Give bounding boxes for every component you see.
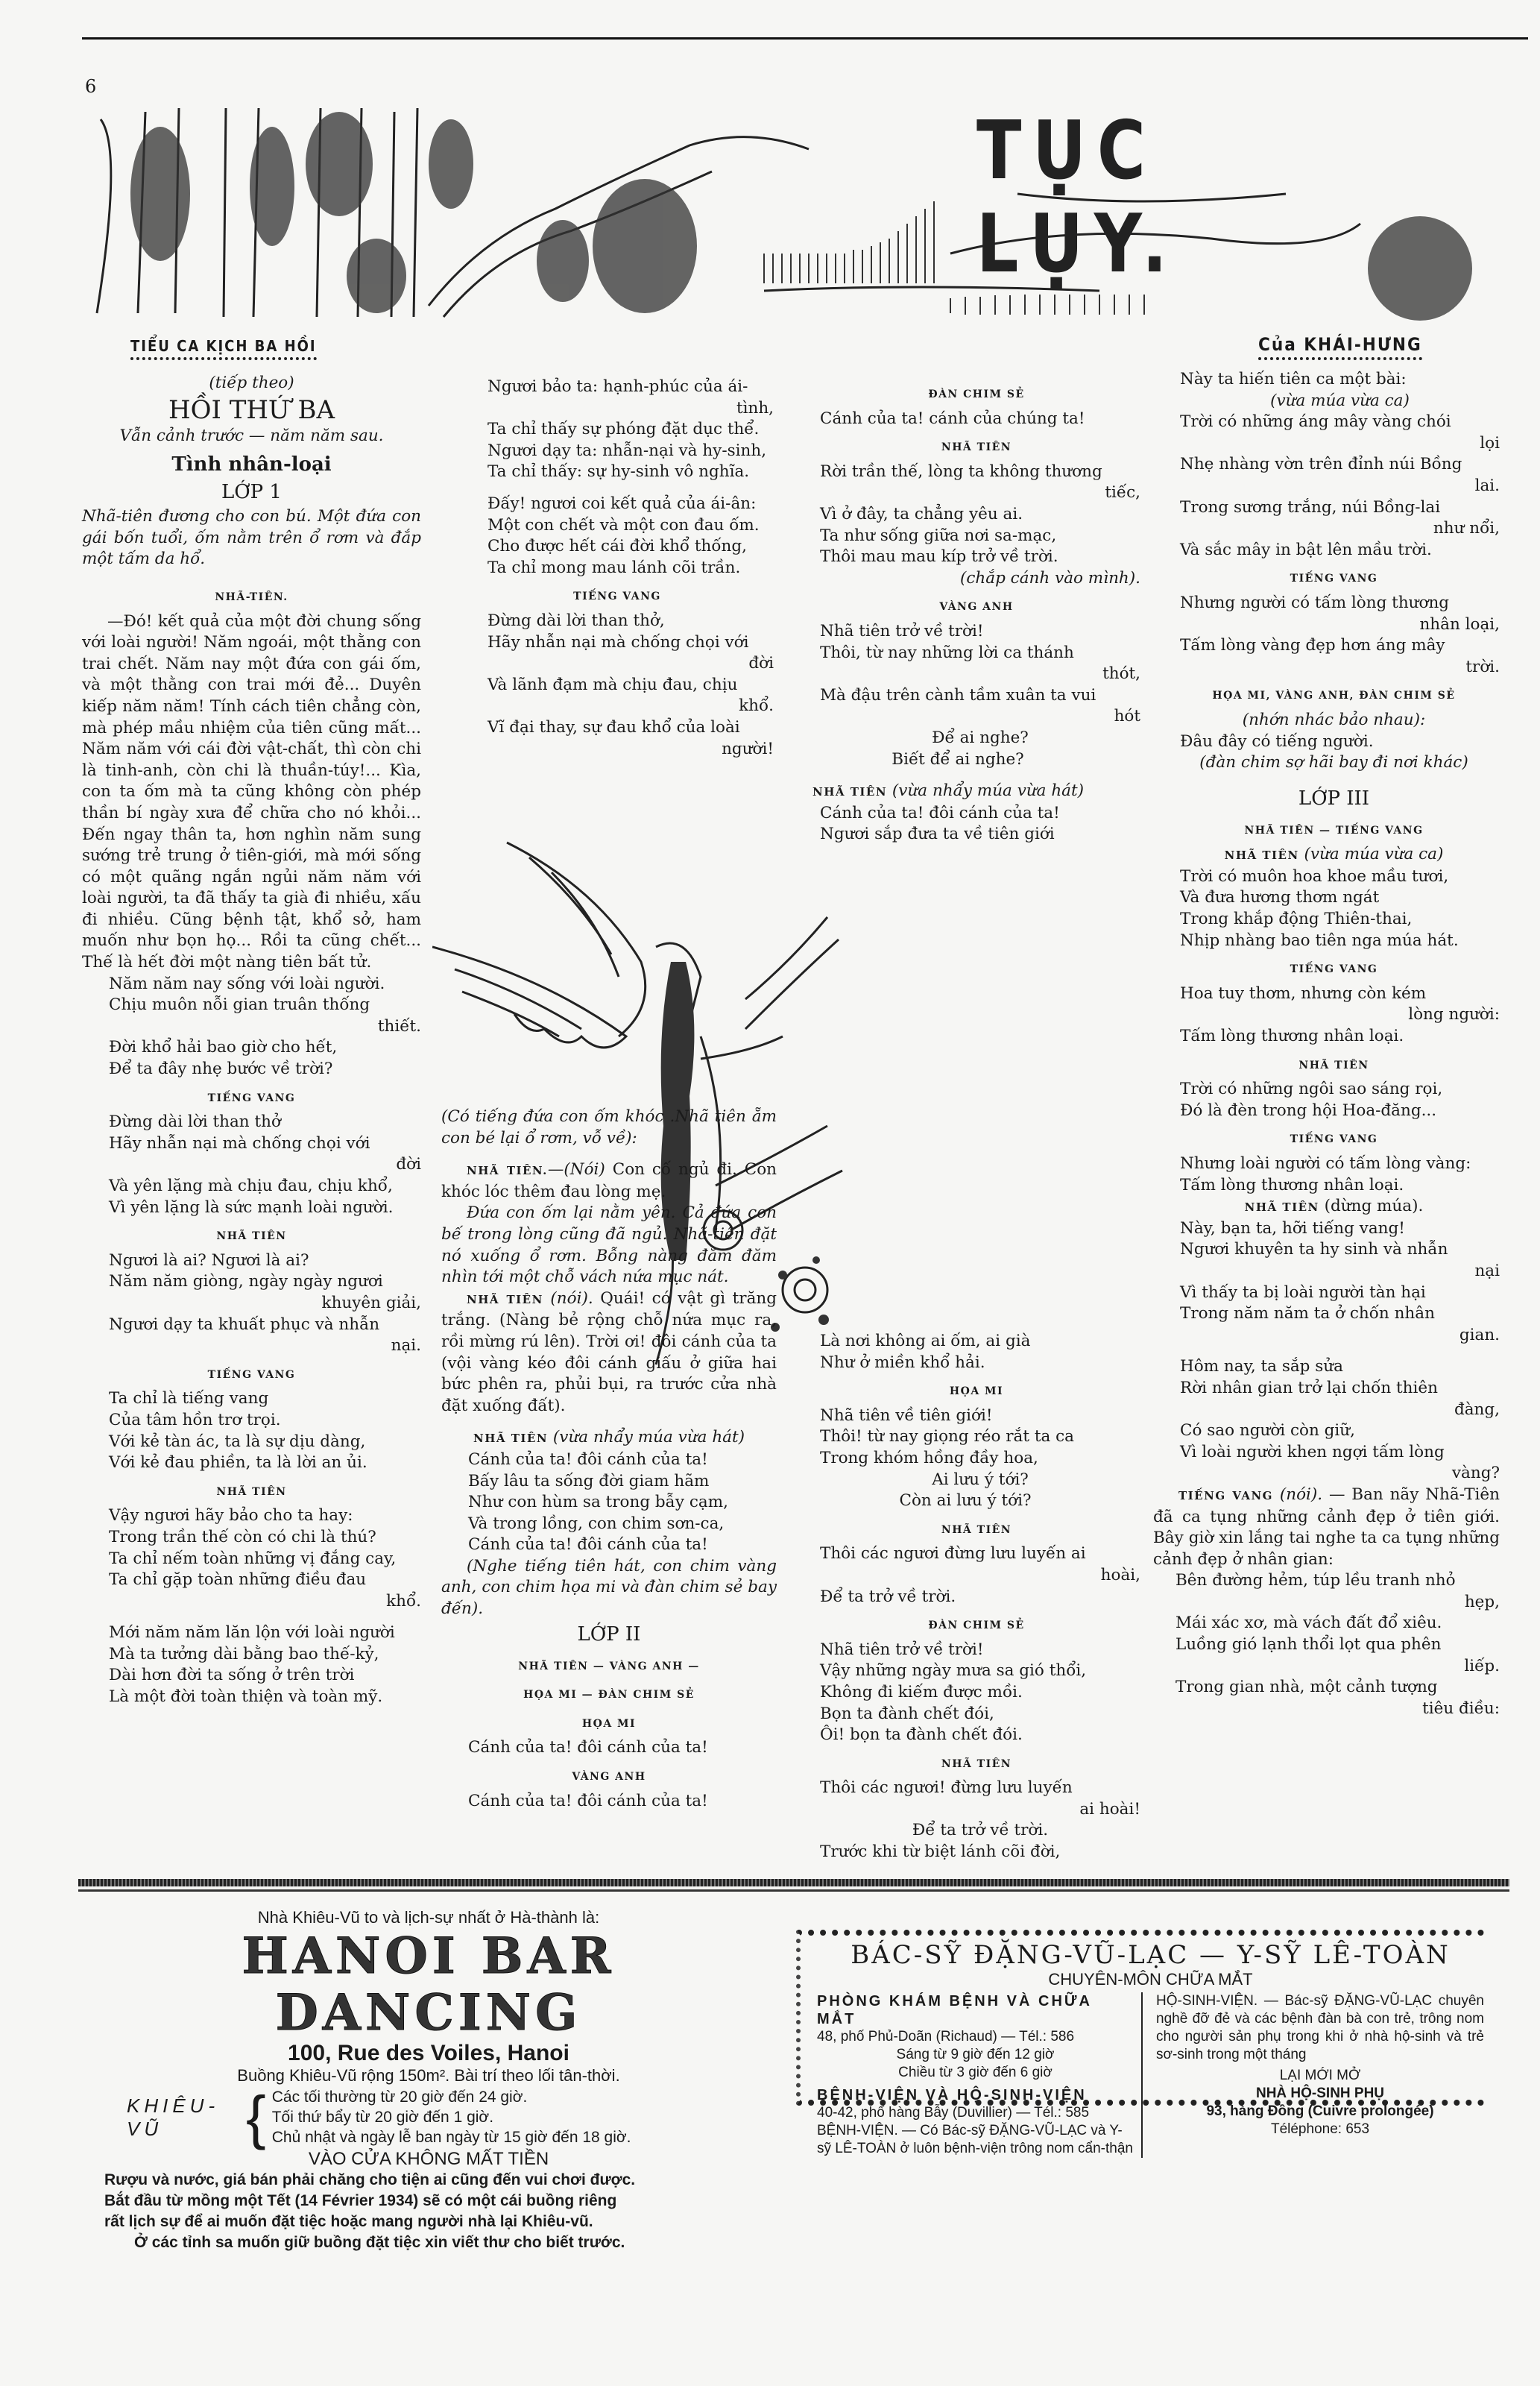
stage-direction: (chắp cánh vào mình). [820, 568, 1140, 590]
top-rule [82, 37, 1528, 40]
verse-line: Và trong lồng, con chim sơn-ca, [441, 1514, 777, 1535]
verse-line: Nhưng loài người có tấm lòng vàng: [1153, 1153, 1500, 1175]
ad-schedule-label: KHIÊU-VŨ [127, 2094, 246, 2141]
verse-line: Đấy! ngươi coi kết quả của ái-ân: [461, 494, 774, 515]
stage-direction: (nhớn nhác bảo nhau): [1168, 710, 1500, 731]
speaker-label: NHÃ TIÊN [812, 437, 1140, 459]
verse-block: Rời trần thế, lòng ta không thương tiếc,… [812, 462, 1140, 590]
verse-line: Tấm lòng thương nhân loại. [1153, 1026, 1500, 1048]
verse-line: hót [820, 706, 1140, 728]
speech-tag: (vừa nhẩy múa vừa hát) [892, 781, 1084, 800]
verse-line: Trong khắp động Thiên-thai, [1153, 909, 1500, 931]
speaker-label: NHÃ TIÊN [1168, 1055, 1500, 1077]
verse-line: tình, [461, 398, 774, 420]
verse-line: Cánh của ta! đôi cánh của ta! [820, 803, 1140, 825]
maternity-address: 93, hàng Đồng (Cuivre prolongée) [1156, 2103, 1484, 2121]
verse-line: Thôi! từ nay giọng réo rắt ta ca [820, 1426, 1140, 1448]
cast-list: NHÃ TIÊN — VÀNG ANH — [441, 1656, 777, 1678]
scene-number: LỚP III [1168, 784, 1500, 813]
verse-line: Chịu muôn nỗi gian truân thống [82, 995, 421, 1016]
verse-line: Cho được hết cái đời khổ thống, [461, 536, 774, 558]
speaker-label: NHÃ TIÊN [473, 1432, 548, 1445]
verse-line: hẹp, [1149, 1592, 1500, 1614]
verse-line: Mới năm năm lăn lộn với loài người [82, 1622, 421, 1644]
verse-line: khổ. [461, 696, 774, 717]
verse-block: Nhã tiên trở về trời! Thôi, từ nay những… [812, 621, 1140, 770]
speaker-line: NHÃ TIÊN (dừng múa). [1168, 1196, 1500, 1218]
verse-line: Nhẹ nhàng vờn trên đỉnh núi Bồng [1153, 454, 1500, 476]
verse-block: Đấy! ngươi coi kết quả của ái-ân: Một co… [461, 494, 774, 579]
verse-line: Không đi kiếm được mồi. [820, 1682, 1140, 1704]
stage-direction: (Có tiếng đứa con ốm khóc .Nhã tiên ẵm c… [441, 1107, 777, 1149]
schedule-line: Các tối thường từ 20 giờ đến 24 giờ. [272, 2087, 631, 2107]
speaker-label: TIẾNG VANG [82, 1088, 421, 1109]
verse-block: Nhưng người có tấm lòng thương nhân loại… [1153, 593, 1500, 678]
verse-block: Vậy ngươi hãy bảo cho ta hay: Trong trần… [82, 1505, 421, 1612]
setting-note: Vẫn cảnh trước — năm năm sau. [82, 426, 421, 447]
speaker-label: NHÃ TIÊN [82, 1482, 421, 1503]
stage-direction: (Nghe tiếng tiên hát, con chim vàng anh,… [441, 1556, 777, 1620]
schedule-line: Tối thứ bẩy từ 20 giờ đến 1 giờ. [272, 2107, 631, 2127]
section-divider-rule [78, 1889, 1509, 1892]
verse-block: Cánh của ta! đôi cánh của ta! [441, 1791, 777, 1813]
verse-line: Để ta đây nhẹ bước về trời? [82, 1059, 421, 1080]
column-1: (tiếp theo) HỒI THỨ BA Vẫn cảnh trước — … [82, 373, 421, 1708]
ad-schedule: KHIÊU-VŨ { Các tối thường từ 20 giờ đến … [127, 2087, 775, 2147]
verse-line: Ta chỉ nếm toàn những vị đắng cay, [82, 1549, 421, 1570]
verse-line: Hãy nhẫn nại mà chống chọi với [461, 632, 774, 654]
section-divider [78, 1879, 1509, 1886]
verse-line: gian. [1153, 1325, 1500, 1347]
verse-line: Ta chỉ thấy: sự hy-sinh vô nghĩa. [461, 462, 774, 483]
cast-list: NHÃ TIÊN — TIẾNG VANG [1168, 820, 1500, 842]
speaker-label: TIẾNG VANG [1178, 1489, 1273, 1502]
verse-line: như nổi, [1153, 518, 1500, 540]
verse-line: Hãy nhẫn nại mà chống chọi với [82, 1133, 421, 1155]
verse-line: thiết. [82, 1016, 421, 1038]
ad-doctor-specialty: CHUYÊN-MÔN CHỮA MẮT [817, 1970, 1484, 1989]
speaker-label: TIẾNG VANG [1168, 1129, 1500, 1150]
speaker-label: NHÃ TIÊN [812, 1754, 1140, 1775]
page-number: 6 [85, 76, 96, 97]
verse-line: Dài hơn đời ta sống ở trên trời [82, 1665, 421, 1687]
ad-room-info: Buồng Khiêu-Vũ rộng 150m². Bài trí theo … [82, 2066, 775, 2086]
speaker-label: NHÃ TIÊN [467, 1293, 543, 1306]
verse-line: Hoa tuy thơm, nhưng còn kém [1153, 983, 1500, 1005]
verse-line: Nhã tiên trở về trời! [820, 1640, 1140, 1661]
ad-body-line: Ở các tỉnh sa muốn giữ buồng đặt tiệc xi… [104, 2232, 775, 2253]
speaker-line: NHÃ TIÊN (vừa múa vừa ca) [1168, 844, 1500, 866]
verse-line: ai hoài! [820, 1799, 1140, 1821]
dialogue-line: NHÃ TIÊN (nói). Quái! có vật gì trăng tr… [441, 1288, 777, 1417]
verse-line: Vì yên lặng là sức mạnh loài người. [82, 1197, 421, 1219]
genre-label: TIỂU CA KỊCH BA HỒI [130, 337, 317, 360]
verse-line: Cánh của ta! đôi cánh của ta! [441, 1534, 777, 1556]
verse-line: Thôi, từ nay những lời ca thánh [820, 643, 1140, 664]
genre-kicker: TIỂU CA KỊCH BA HỒI [130, 337, 317, 360]
speaker-label: HỌA MI, VÀNG ANH, ĐÀN CHIM SẺ [1168, 685, 1500, 707]
ad-body-line: Rượu và nước, giá bán phải chăng cho tiệ… [104, 2170, 775, 2191]
speech-tag: (nói). [550, 1289, 593, 1308]
verse-line: Bọn ta đành chết đói, [820, 1704, 1140, 1725]
maternity-text: HỘ-SINH-VIỆN. — Bác-sỹ ĐẶNG-VŨ-LẠC chuyê… [1156, 1992, 1484, 2064]
verse-line: Với kẻ tàn ác, ta là sự dịu dàng, [82, 1432, 421, 1453]
verse-line: Hôm nay, ta sắp sửa [1153, 1356, 1500, 1378]
verse-block: Hoa tuy thơm, nhưng còn kém lòng người: … [1153, 983, 1500, 1048]
speaker-label: NHÃ TIÊN [82, 1226, 421, 1247]
verse-line: Rời nhân gian trở lại chốn thiên [1153, 1378, 1500, 1400]
monologue: —Đó! kết quả của một đời chung sống với … [82, 611, 421, 974]
verse-line: Trời có muôn hoa khoe mầu tươi, [1153, 866, 1500, 888]
speaker-label: HỌA MI [441, 1713, 777, 1735]
column-2-bottom: (Có tiếng đứa con ốm khóc .Nhã tiên ẵm c… [441, 1107, 777, 1812]
verse-line: lọi [1153, 433, 1500, 455]
verse-line: Ngươi dạy ta: nhẫn-nại và hy-sinh, [461, 441, 774, 462]
column-4: Này ta hiến tiên ca một bài: (vừa múa vừ… [1168, 369, 1500, 1719]
speaker-label: ĐÀN CHIM SẺ [812, 384, 1140, 406]
verse-block: Đâu đây có tiếng người. [1153, 731, 1500, 753]
clinic-title: PHÒNG KHÁM BỆNH VÀ CHỮA MẮT [817, 1992, 1134, 2028]
verse-line: Đâu đây có tiếng người. [1153, 731, 1500, 753]
continued-note: (tiếp theo) [82, 373, 421, 394]
verse-line: người! [461, 739, 774, 761]
stage-direction: Nhã-tiên đương cho con bú. Một đứa con g… [82, 506, 421, 570]
verse-block: Là nơi không ai ốm, ai già Như ở miền kh… [812, 1331, 1140, 1373]
author-byline: Của KHÁI-HƯNG [1258, 334, 1422, 360]
verse-block: Nhã tiên trở về trời! Vậy những ngày mưa… [812, 1640, 1140, 1746]
speaker-line: NHÃ TIÊN (vừa nhẩy múa vừa hát) [441, 1427, 777, 1449]
verse-line: Nhưng người có tấm lòng thương [1153, 593, 1500, 614]
verse-line: Trong sương trắng, núi Bồng-lai [1153, 497, 1500, 519]
verse-block: Đừng dài lời than thở, Hãy nhẫn nại mà c… [461, 611, 774, 760]
verse-line: Ôi! bọn ta đành chết đói. [820, 1725, 1140, 1746]
verse-line: Này ta hiến tiên ca một bài: [1153, 369, 1500, 391]
verse-block: Năm năm nay sống với loài người. Chịu mu… [82, 974, 421, 1080]
verse-line: Còn ai lưu ý tới? [820, 1491, 1140, 1512]
verse-line: Để ai nghe? [820, 728, 1140, 749]
stage-direction: (đàn chim sợ hãi bay đi nơi khác) [1168, 752, 1500, 774]
ad-venue-name: HANOI BAR DANCING [82, 1927, 775, 2041]
title-banner: TỤC LỤY. [93, 104, 1472, 324]
speech-text: Quái! có vật gì trăng trắng. (Nàng bẻ rộ… [441, 1289, 777, 1415]
speaker-label: VÀNG ANH [441, 1766, 777, 1788]
verse-block: Ta chỉ là tiếng vang Của tâm hồn trơ trọ… [82, 1388, 421, 1473]
verse-block: Này ta hiến tiên ca một bài: (vừa múa vừ… [1153, 369, 1500, 561]
ad-lead: Nhà Khiêu-Vũ to và lịch-sự nhất ở Hà-thà… [82, 1908, 775, 1927]
verse-line: Vĩ đại thay, sự đau khổ của loài [461, 717, 774, 739]
maternity-name: NHÀ HỘ-SINH PHỤ [1156, 2085, 1484, 2103]
column-3-top: ĐÀN CHIM SẺ Cánh của ta! cánh của chúng … [812, 377, 1140, 846]
act-title: HỒI THỨ BA [82, 394, 421, 426]
verse-line: Vì thấy ta bị loài người tàn hại [1153, 1282, 1500, 1304]
verse-line: lai. [1153, 476, 1500, 497]
speech-tag: (nói). [1280, 1485, 1322, 1504]
verse-line: đàng, [1153, 1400, 1500, 1421]
dialogue-line: NHÃ TIÊN.—(Nói) Con cố ngủ đi. Con khóc … [441, 1159, 777, 1203]
verse-line: nại. [82, 1335, 421, 1357]
verse-line: hoài, [820, 1565, 1140, 1587]
speaker-label: VÀNG ANH [812, 596, 1140, 618]
speech-tag: —(Nói) [548, 1160, 605, 1179]
verse-line: trời. [1153, 657, 1500, 679]
verse-line: Là một đời toàn thiện và toàn mỹ. [82, 1687, 421, 1708]
verse-line: Như con hùm sa trong bẫy cạm, [441, 1492, 777, 1514]
verse-line: Này, bạn ta, hỡi tiếng vang! [1153, 1218, 1500, 1240]
verse-line: Ta chỉ thấy sự phóng đặt dục thể. [461, 419, 774, 441]
speaker-label: NHÃ-TIÊN. [82, 587, 421, 608]
hospital-text: BỆNH-VIỆN. — Có Bác-sỹ ĐẶNG-VŨ-LẠC và Y-… [817, 2122, 1134, 2158]
verse-line: nhân loại, [1153, 614, 1500, 636]
stage-direction: (vừa múa vừa ca) [1153, 391, 1500, 412]
verse-line: Ngươi là ai? Ngươi là ai? [82, 1250, 421, 1272]
column-2-top: Ngươi bảo ta: hạnh-phúc của ái- tình, Ta… [461, 377, 774, 760]
author-label: Của KHÁI-HƯNG [1258, 334, 1422, 360]
verse-line: Ngươi bảo ta: hạnh-phúc của ái- [461, 377, 774, 398]
verse-line: Và đưa hương thơm ngát [1153, 887, 1500, 909]
verse-line: Mái xác xơ, mà vách đất đổ xiêu. [1149, 1613, 1500, 1634]
ad-body-line: rất lịch sự để ai muốn đặt tiệc hoặc man… [104, 2212, 775, 2232]
scene-title: Tình nhân-loại [82, 451, 421, 478]
verse-block: Thôi các ngươi! đừng lưu luyến ai hoài! … [812, 1778, 1140, 1863]
verse-line: Để ta trở về trời. [820, 1587, 1140, 1608]
speaker-label: TIẾNG VANG [1168, 568, 1500, 590]
verse-line: Và lãnh đạm mà chịu đau, chịu [461, 675, 774, 696]
verse-line: Để ta trở về trời. [820, 1820, 1140, 1842]
ad-body-line: Bắt đầu từ mồng một Tết (14 Février 1934… [104, 2191, 775, 2212]
speaker-label: NHÃ TIÊN [812, 1520, 1140, 1541]
speaker-label: TIẾNG VANG [461, 586, 774, 608]
verse-block: Trời có những ngôi sao sáng rọi, Đó là đ… [1153, 1079, 1500, 1121]
ad-address: 100, Rue des Voiles, Hanoi [82, 2041, 775, 2066]
dialogue-line: TIẾNG VANG (nói). — Ban nãy Nhã-Tiên đã … [1153, 1485, 1500, 1570]
verse-line: Tấm lòng thương nhân loại. [1153, 1175, 1500, 1197]
verse-line: thót, [820, 664, 1140, 685]
speaker-label: ĐÀN CHIM SẺ [812, 1615, 1140, 1637]
verse-line: Vậy ngươi hãy bảo cho ta hay: [82, 1505, 421, 1527]
verse-block: Nhưng loài người có tấm lòng vàng: Tấm l… [1153, 1153, 1500, 1196]
verse-line: Trong gian nhà, một cảnh tượng [1149, 1677, 1500, 1699]
verse-block: Cánh của ta! đôi cánh của ta! Bấy lâu ta… [441, 1449, 777, 1556]
verse-line: Mà đậu trên cành tầm xuân ta vui [820, 685, 1140, 707]
verse-line: Rời trần thế, lòng ta không thương [820, 462, 1140, 483]
ad-free-entry: VÀO CỬA KHÔNG MẤT TIỀN [82, 2149, 775, 2170]
verse-line: Của tâm hồn trơ trọi. [82, 1410, 421, 1432]
verse-block: Mới năm năm lăn lộn với loài người Mà ta… [82, 1622, 421, 1707]
ad-doctor-heading: BÁC-SỸ ĐẶNG-VŨ-LẠC — Y-SỸ LÊ-TOÀN [817, 1940, 1484, 1970]
scene-number: LỚP II [441, 1620, 777, 1649]
verse-line: Luồng gió lạnh thổi lọt qua phên [1149, 1634, 1500, 1656]
speaker-label: NHÃ TIÊN. [467, 1164, 548, 1177]
verse-line: Đừng dài lời than thở [82, 1112, 421, 1133]
clinic-hours: Sáng từ 9 giờ đến 12 giờ [817, 2046, 1134, 2064]
verse-line: Và yên lặng mà chịu đau, chịu khổ, [82, 1176, 421, 1197]
verse-line: Thôi các ngươi! đừng lưu luyến [820, 1778, 1140, 1799]
column-3-bottom: Là nơi không ai ốm, ai già Như ở miền kh… [812, 1331, 1140, 1863]
verse-line: Là nơi không ai ốm, ai già [820, 1331, 1140, 1353]
verse-line: đời [461, 653, 774, 675]
verse-line: Trước khi từ biệt lánh cõi đời, [820, 1842, 1140, 1863]
brace-icon: { [246, 2088, 266, 2147]
speaker-label: NHÃ TIÊN [1245, 1200, 1319, 1214]
verse-block: Nhã tiên về tiên giới! Thôi! từ nay giọn… [812, 1406, 1140, 1512]
clinic-hours: Chiều từ 3 giờ đến 6 giờ [817, 2064, 1134, 2082]
speech-tag: (vừa nhẩy múa vừa hát) [553, 1428, 745, 1447]
maternity-phone: Téléphone: 653 [1156, 2121, 1484, 2138]
hospital-address: 40-42, phố hàng Bẫy (Duvillier) — Tél.: … [817, 2104, 1134, 2122]
ad-doctor-left-column: PHÒNG KHÁM BỆNH VÀ CHỮA MẮT 48, phố Phủ-… [817, 1992, 1143, 2158]
verse-line: Ta chỉ gặp toàn những điều đau [82, 1570, 421, 1591]
verse-line: Thôi các ngươi đừng lưu luyến ai [820, 1543, 1140, 1565]
speaker-label: HỌA MI [812, 1381, 1140, 1403]
speaker-label: NHÃ TIÊN [812, 785, 887, 799]
verse-line: Bấy lâu ta sống đời giam hãm [441, 1471, 777, 1493]
speech-tag: (dừng múa). [1325, 1197, 1424, 1215]
verse-line: Vì ở đây, ta chẳng yêu ai. [820, 504, 1140, 526]
cast-list: HỌA MI — ĐÀN CHIM SẺ [441, 1684, 777, 1706]
verse-line: Trong trần thế còn có chi là thú? [82, 1527, 421, 1549]
verse-line: Ta chỉ mong mau lánh cõi trần. [461, 558, 774, 579]
hospital-title: BỆNH-VIỆN VÀ HỘ-SINH-VIỆN [817, 2086, 1134, 2104]
speaker-label: NHÃ TIÊN [1225, 849, 1299, 862]
verse-line: Cánh của ta! đôi cánh của ta! [441, 1737, 777, 1759]
verse-line: Và sắc mây in bật lên mầu trời. [1153, 540, 1500, 561]
verse-line: Tấm lòng vàng đẹp hơn áng mây [1153, 635, 1500, 657]
verse-line: đời [82, 1154, 421, 1176]
speaker-label: TIẾNG VANG [1168, 959, 1500, 980]
ad-hanoi-bar-dancing: Nhà Khiêu-Vũ to và lịch-sự nhất ở Hà-thà… [82, 1898, 775, 2253]
verse-line: khổ. [82, 1591, 421, 1613]
speaker-label: TIẾNG VANG [82, 1364, 421, 1386]
reopen-note: LẠI MỚI MỞ [1156, 2067, 1484, 2085]
verse-line: Ai lưu ý tới? [820, 1470, 1140, 1491]
verse-line: Cánh của ta! đôi cánh của ta! [441, 1449, 777, 1471]
verse-block: Thôi các ngươi đừng lưu luyến ai hoài, Đ… [812, 1543, 1140, 1608]
verse-line: Năm năm giòng, ngày ngày ngươi [82, 1271, 421, 1293]
verse-line: Mà ta tưởng dài bằng bao thế-kỷ, [82, 1644, 421, 1666]
verse-line: lòng người: [1153, 1004, 1500, 1026]
verse-line: Như ở miền khổ hải. [820, 1353, 1140, 1374]
verse-block: Hôm nay, ta sắp sửa Rời nhân gian trở lạ… [1153, 1356, 1500, 1485]
clinic-address: 48, phố Phủ-Doãn (Richaud) — Tél.: 586 [817, 2028, 1134, 2046]
verse-line: Ta như sống giữa nơi sa-mạc, [820, 526, 1140, 547]
verse-line: Nhịp nhàng bao tiên nga múa hát. [1153, 931, 1500, 952]
verse-block: Trời có muôn hoa khoe mầu tươi, Và đưa h… [1153, 866, 1500, 951]
scene-number: LỚP 1 [82, 478, 421, 506]
verse-line: Với kẻ đau phiền, ta là lời an ủi. [82, 1452, 421, 1474]
verse-block: Ngươi là ai? Ngươi là ai? Năm năm giòng,… [82, 1250, 421, 1357]
verse-line: nại [1153, 1261, 1500, 1282]
verse-line: Thôi mau mau kíp trở về trời. [820, 547, 1140, 568]
verse-line: Một con chết và một con đau ốm. [461, 515, 774, 537]
schedule-line: Chủ nhật và ngày lễ ban ngày từ 15 giờ đ… [272, 2127, 631, 2147]
verse-line: Năm năm nay sống với loài người. [82, 974, 421, 995]
verse-line: Nhã tiên về tiên giới! [820, 1406, 1140, 1427]
stage-direction: Đứa con ốm lại nằm yên. Cả đứa con bế tr… [441, 1203, 777, 1288]
verse-line: Ngươi dạy ta khuất phục và nhẫn [82, 1315, 421, 1336]
verse-line: Trời có những áng mây vàng chói [1153, 412, 1500, 433]
verse-block: Bên đường hẻm, túp lều tranh nhỏ hẹp, Má… [1149, 1570, 1500, 1719]
page-title: TỤC LỤY. [976, 104, 1383, 291]
verse-block: Này, bạn ta, hỡi tiếng vang! Ngươi khuyê… [1153, 1218, 1500, 1347]
verse-line: Ta chỉ là tiếng vang [82, 1388, 421, 1410]
verse-line: Cánh của ta! cánh của chúng ta! [812, 409, 1140, 430]
verse-line: Vậy những ngày mưa sa gió thổi, [820, 1661, 1140, 1682]
verse-line: Nhã tiên trở về trời! [820, 621, 1140, 643]
verse-line: khuyên giải, [82, 1293, 421, 1315]
verse-line: Đời khổ hải bao giờ cho hết, [82, 1037, 421, 1059]
verse-line: Đó là đèn trong hội Hoa-đăng... [1153, 1101, 1500, 1122]
verse-line: Ngươi khuyên ta hy sinh và nhẫn [1153, 1239, 1500, 1261]
verse-block: Cánh của ta! đôi cánh của ta! [441, 1737, 777, 1759]
verse-line: Đừng dài lời than thở, [461, 611, 774, 632]
ad-body: Rượu và nước, giá bán phải chăng cho tiệ… [82, 2170, 775, 2253]
verse-block: Cánh của ta! đôi cánh của ta! Ngươi sắp … [812, 803, 1140, 846]
ad-doctor-right-column: HỘ-SINH-VIỆN. — Bác-sỹ ĐẶNG-VŨ-LẠC chuyê… [1143, 1992, 1484, 2158]
verse-line: tiếc, [820, 482, 1140, 504]
verse-line: liếp. [1149, 1656, 1500, 1678]
speech-tag: (vừa múa vừa ca) [1304, 845, 1444, 863]
verse-block: Đừng dài lời than thở Hãy nhẫn nại mà ch… [82, 1112, 421, 1218]
verse-line: vàng? [1153, 1463, 1500, 1485]
ad-doctor-clinic: BÁC-SỸ ĐẶNG-VŨ-LẠC — Y-SỸ LÊ-TOÀN CHUYÊN… [796, 1930, 1484, 2106]
verse-line: Trong khóm hồng đầy hoa, [820, 1448, 1140, 1470]
verse-line: Trời có những ngôi sao sáng rọi, [1153, 1079, 1500, 1101]
verse-line: Biết để ai nghe? [820, 749, 1140, 771]
verse-block: Ngươi bảo ta: hạnh-phúc của ái- tình, Ta… [461, 377, 774, 483]
verse-line: tiêu điều: [1149, 1699, 1500, 1720]
verse-line: Có sao người còn giữ, [1153, 1420, 1500, 1442]
verse-line: Trong năm năm ta ở chốn nhân [1153, 1303, 1500, 1325]
verse-line: Bên đường hẻm, túp lều tranh nhỏ [1149, 1570, 1500, 1592]
verse-line: Vì loài người khen ngợi tấm lòng [1153, 1442, 1500, 1464]
verse-line: Ngươi sắp đưa ta về tiên giới [820, 824, 1140, 846]
speaker-line: NHÃ TIÊN (vừa nhẩy múa vừa hát) [812, 781, 1140, 803]
verse-line: Cánh của ta! đôi cánh của ta! [441, 1791, 777, 1813]
